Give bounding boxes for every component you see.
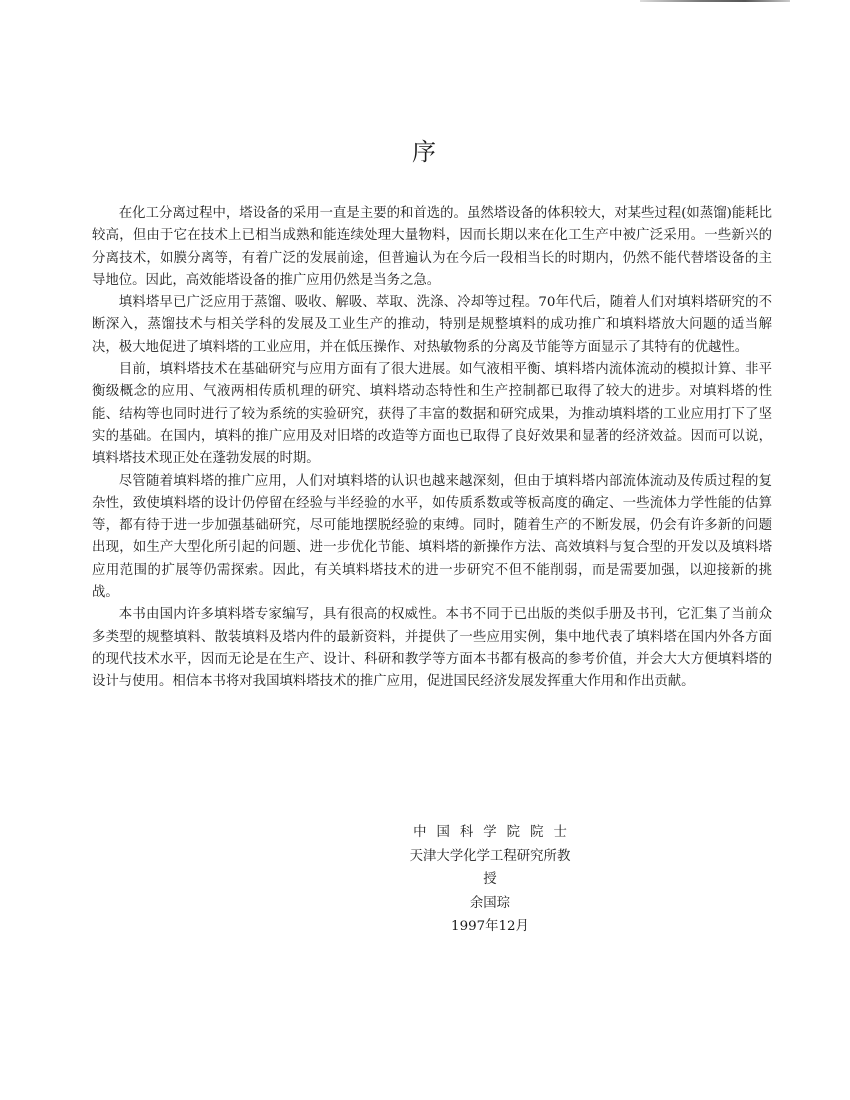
paragraph-1: 在化工分离过程中，塔设备的采用一直是主要的和首选的。虽然塔设备的体积较大，对某些… [92, 203, 772, 292]
preface-body: 在化工分离过程中，塔设备的采用一直是主要的和首选的。虽然塔设备的体积较大，对某些… [92, 203, 772, 694]
signature-block: 中国科学院院士 天津大学化学工程研究所教授 余国琮 1997年12月 [405, 821, 575, 939]
paragraph-4: 尽管随着填料塔的推广应用，人们对填料塔的认识也越来越深刻，但由于填料塔内部流体流… [92, 471, 772, 605]
page-title: 序 [0, 132, 850, 167]
signature-date: 1997年12月 [405, 915, 575, 939]
paragraph-5: 本书由国内许多填料塔专家编写，具有很高的权威性。本书不同于已出版的类似手册及书刊… [92, 604, 772, 693]
paragraph-3: 目前，填料塔技术在基础研究与应用方面有了很大进展。如气液相平衡、填料塔内流体流动… [92, 359, 772, 470]
paragraph-2: 填料塔早已广泛应用于蒸馏、吸收、解吸、萃取、洗涤、冷却等过程。70年代后，随着人… [92, 292, 772, 359]
signature-title: 中国科学院院士 [405, 821, 585, 845]
signature-name: 余国琮 [405, 892, 575, 916]
signature-affiliation: 天津大学化学工程研究所教授 [405, 845, 575, 892]
scan-artifact-line [640, 0, 790, 2]
